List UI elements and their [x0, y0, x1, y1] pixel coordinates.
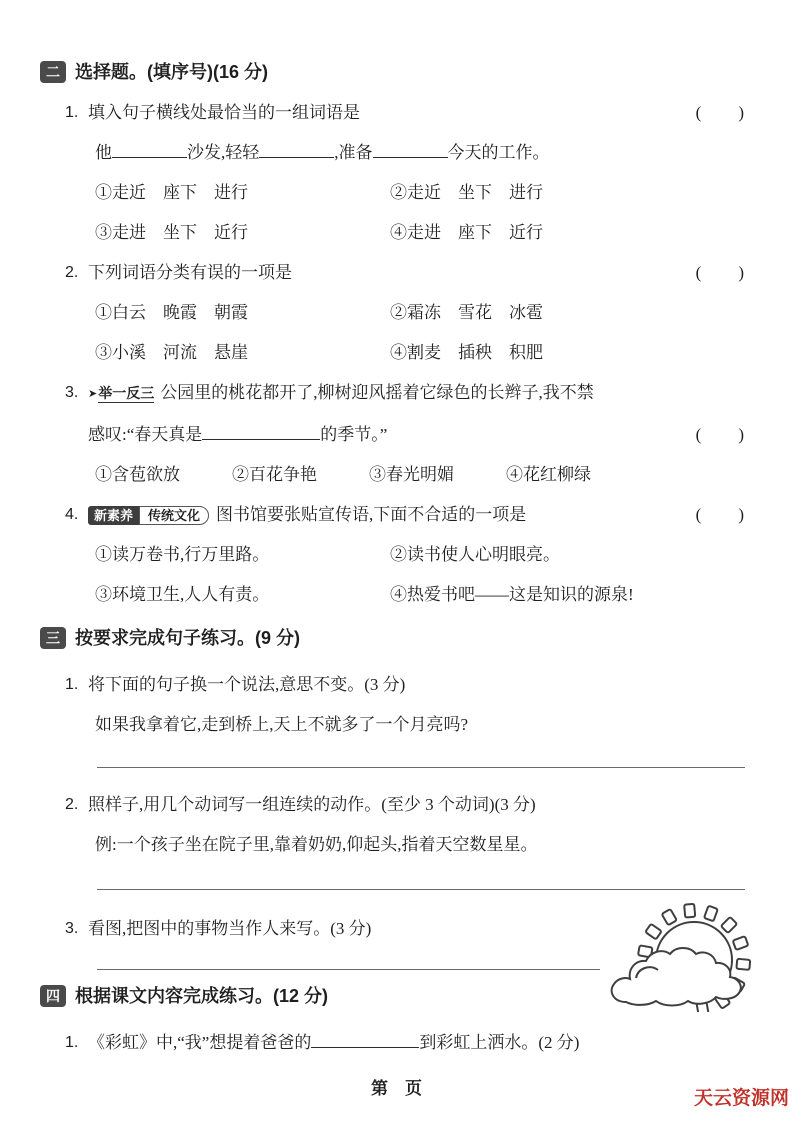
question-stem-row: 填入句子横线处最恰当的一组词语是 ( ): [88, 100, 745, 126]
sun-cloud-drawing: [606, 890, 762, 1012]
option-row: ①白云 晚霞 朝霞 ②霜冻 雪花 冰雹: [88, 300, 745, 326]
option-row: ③环境卫生,人人有责。 ④热爱书吧——这是知识的源泉!: [88, 582, 745, 608]
option-item: ④割麦 插秧 积肥: [390, 340, 543, 366]
option-row: ①走近 座下 进行 ②走近 坐下 进行: [88, 180, 745, 206]
question-number: 4.: [65, 502, 78, 528]
question-2-3: 3. ➤举一反三公园里的桃花都开了,柳树迎风摇着它绿色的长辫子,我不禁 感叹:“…: [65, 380, 745, 488]
section-2-marker: 二: [40, 61, 66, 83]
question-stem: 公园里的桃花都开了,柳树迎风摇着它绿色的长辫子,我不禁: [160, 383, 594, 402]
question-2-4: 4. 新素养传统文化图书馆要张贴宣传语,下面不合适的一项是 ( ) ①读万卷书,…: [65, 502, 745, 608]
question-number: 2.: [65, 260, 78, 286]
option-item: ①含苞欲放: [95, 462, 180, 488]
section-3-title: 按要求完成句子练习。(9 分): [75, 626, 300, 650]
question-stem: 图书馆要张贴宣传语,下面不合适的一项是: [216, 502, 526, 528]
sentence-segment: ,准备: [334, 143, 372, 162]
question-2-2: 2. 下列词语分类有误的一项是 ( ) ①白云 晚霞 朝霞 ②霜冻 雪花 冰雹 …: [65, 260, 745, 366]
question-stem-line1: ➤举一反三公园里的桃花都开了,柳树迎风摇着它绿色的长辫子,我不禁: [88, 380, 745, 408]
section-2-body: 1. 填入句子横线处最恰当的一组词语是 ( ) 他沙发,轻轻,准备今天的工作。 …: [65, 100, 745, 608]
question-stem-line2: 感叹:“春天真是的季节。” ( ): [88, 422, 745, 448]
option-item: ③走进 坐下 近行: [95, 220, 390, 246]
section-3-header: 三 按要求完成句子练习。(9 分): [40, 626, 745, 650]
option-item: ①白云 晚霞 朝霞: [95, 300, 390, 326]
question-number: 1.: [65, 672, 78, 698]
question-3-1: 1. 将下面的句子换一个说法,意思不变。(3 分) 如果我拿着它,走到桥上,天上…: [65, 672, 745, 738]
example-sentence: 例:一个孩子坐在院子里,靠着奶奶,仰起头,指着天空数星星。: [88, 832, 745, 858]
answer-line: [97, 968, 600, 970]
fill-sentence: 他沙发,轻轻,准备今天的工作。: [88, 140, 745, 166]
fill-in-blank: [311, 1043, 419, 1048]
answer-bracket: ( ): [696, 260, 745, 286]
question-stem: 填入句子横线处最恰当的一组词语是: [88, 100, 360, 126]
arrow-right-icon: ➤: [88, 388, 97, 400]
extension-tag: 举一反三: [98, 385, 154, 403]
question-4-1: 1. 《彩虹》中,“我”想提着爸爸的到彩虹上洒水。(2 分): [65, 1030, 745, 1056]
section-4-body: 1. 《彩虹》中,“我”想提着爸爸的到彩虹上洒水。(2 分): [65, 1030, 745, 1056]
option-item: ④走进 座下 近行: [390, 220, 543, 246]
section-4-title: 根据课文内容完成练习。(12 分): [75, 984, 328, 1008]
option-item: ①读万卷书,行万里路。: [95, 542, 390, 568]
section-2-header: 二 选择题。(填序号)(16 分): [40, 60, 745, 84]
question-stem: 照样子,用几个动词写一组连续的动作。(至少 3 个动词)(3 分): [88, 792, 745, 818]
fill-in-blank: [202, 435, 320, 440]
option-item: ③环境卫生,人人有责。: [95, 582, 390, 608]
site-watermark: 天云资源网: [694, 1086, 789, 1112]
question-2-1: 1. 填入句子横线处最恰当的一组词语是 ( ) 他沙发,轻轻,准备今天的工作。 …: [65, 100, 745, 246]
option-item: ④花红柳绿: [506, 462, 591, 488]
option-item: ④热爱书吧——这是知识的源泉!: [390, 582, 634, 608]
sentence-segment: 今天的工作。: [448, 143, 550, 162]
worksheet-page: 二 选择题。(填序号)(16 分) 1. 填入句子横线处最恰当的一组词语是 ( …: [0, 0, 793, 1122]
option-row: ③走进 坐下 近行 ④走进 座下 近行: [88, 220, 745, 246]
question-number: 3.: [65, 916, 78, 942]
question-stem: 将下面的句子换一个说法,意思不变。(3 分): [88, 672, 745, 698]
option-item: ③小溪 河流 悬崖: [95, 340, 390, 366]
answer-bracket: ( ): [696, 422, 745, 448]
source-sentence: 如果我拿着它,走到桥上,天上不就多了一个月亮吗?: [88, 712, 745, 738]
option-item: ②霜冻 雪花 冰雹: [390, 300, 543, 326]
option-item: ②读书使人心明眼亮。: [390, 542, 560, 568]
question-stem-row: 《彩虹》中,“我”想提着爸爸的到彩虹上洒水。(2 分): [88, 1030, 745, 1056]
option-row: ③小溪 河流 悬崖 ④割麦 插秧 积肥: [88, 340, 745, 366]
sentence-segment: 《彩虹》中,“我”想提着爸爸的: [88, 1033, 311, 1052]
option-row: ①读万卷书,行万里路。 ②读书使人心明眼亮。: [88, 542, 745, 568]
section-4-marker: 四: [40, 985, 66, 1007]
sentence-segment: 感叹:“春天真是: [88, 422, 202, 448]
new-literacy-badge: 新素养: [88, 506, 139, 525]
sentence-segment: 到彩虹上洒水。(2 分): [419, 1033, 579, 1052]
section-3-marker: 三: [40, 627, 66, 649]
question-stem-row: 新素养传统文化图书馆要张贴宣传语,下面不合适的一项是 ( ): [88, 502, 745, 528]
question-number: 1.: [65, 100, 78, 126]
option-item: ②走近 坐下 进行: [390, 180, 543, 206]
sentence-segment: 的季节。”: [320, 422, 387, 448]
fill-in-blank: [112, 153, 187, 158]
question-3-2: 2. 照样子,用几个动词写一组连续的动作。(至少 3 个动词)(3 分) 例:一…: [65, 792, 745, 858]
option-item: ②百花争艳: [232, 462, 317, 488]
answer-bracket: ( ): [696, 100, 745, 126]
option-row: ①含苞欲放 ②百花争艳 ③春光明媚 ④花红柳绿: [88, 462, 745, 488]
page-number-label: 第 页: [0, 1076, 793, 1102]
section-2-title: 选择题。(填序号)(16 分): [75, 60, 268, 84]
sun-cloud-illustration: [606, 890, 762, 1020]
answer-bracket: ( ): [696, 502, 745, 528]
question-number: 2.: [65, 792, 78, 818]
question-stem: 下列词语分类有误的一项是: [88, 260, 292, 286]
answer-line: [97, 766, 745, 768]
fill-in-blank: [373, 153, 448, 158]
sentence-segment: 他: [95, 143, 112, 162]
option-item: ①走近 座下 进行: [95, 180, 390, 206]
question-number: 1.: [65, 1030, 78, 1056]
sentence-segment: 沙发,轻轻: [187, 143, 259, 162]
traditional-culture-badge: 传统文化: [139, 506, 209, 525]
fill-in-blank: [259, 153, 334, 158]
option-item: ③春光明媚: [369, 462, 454, 488]
question-stem-row: 下列词语分类有误的一项是 ( ): [88, 260, 745, 286]
question-number: 3.: [65, 380, 78, 406]
